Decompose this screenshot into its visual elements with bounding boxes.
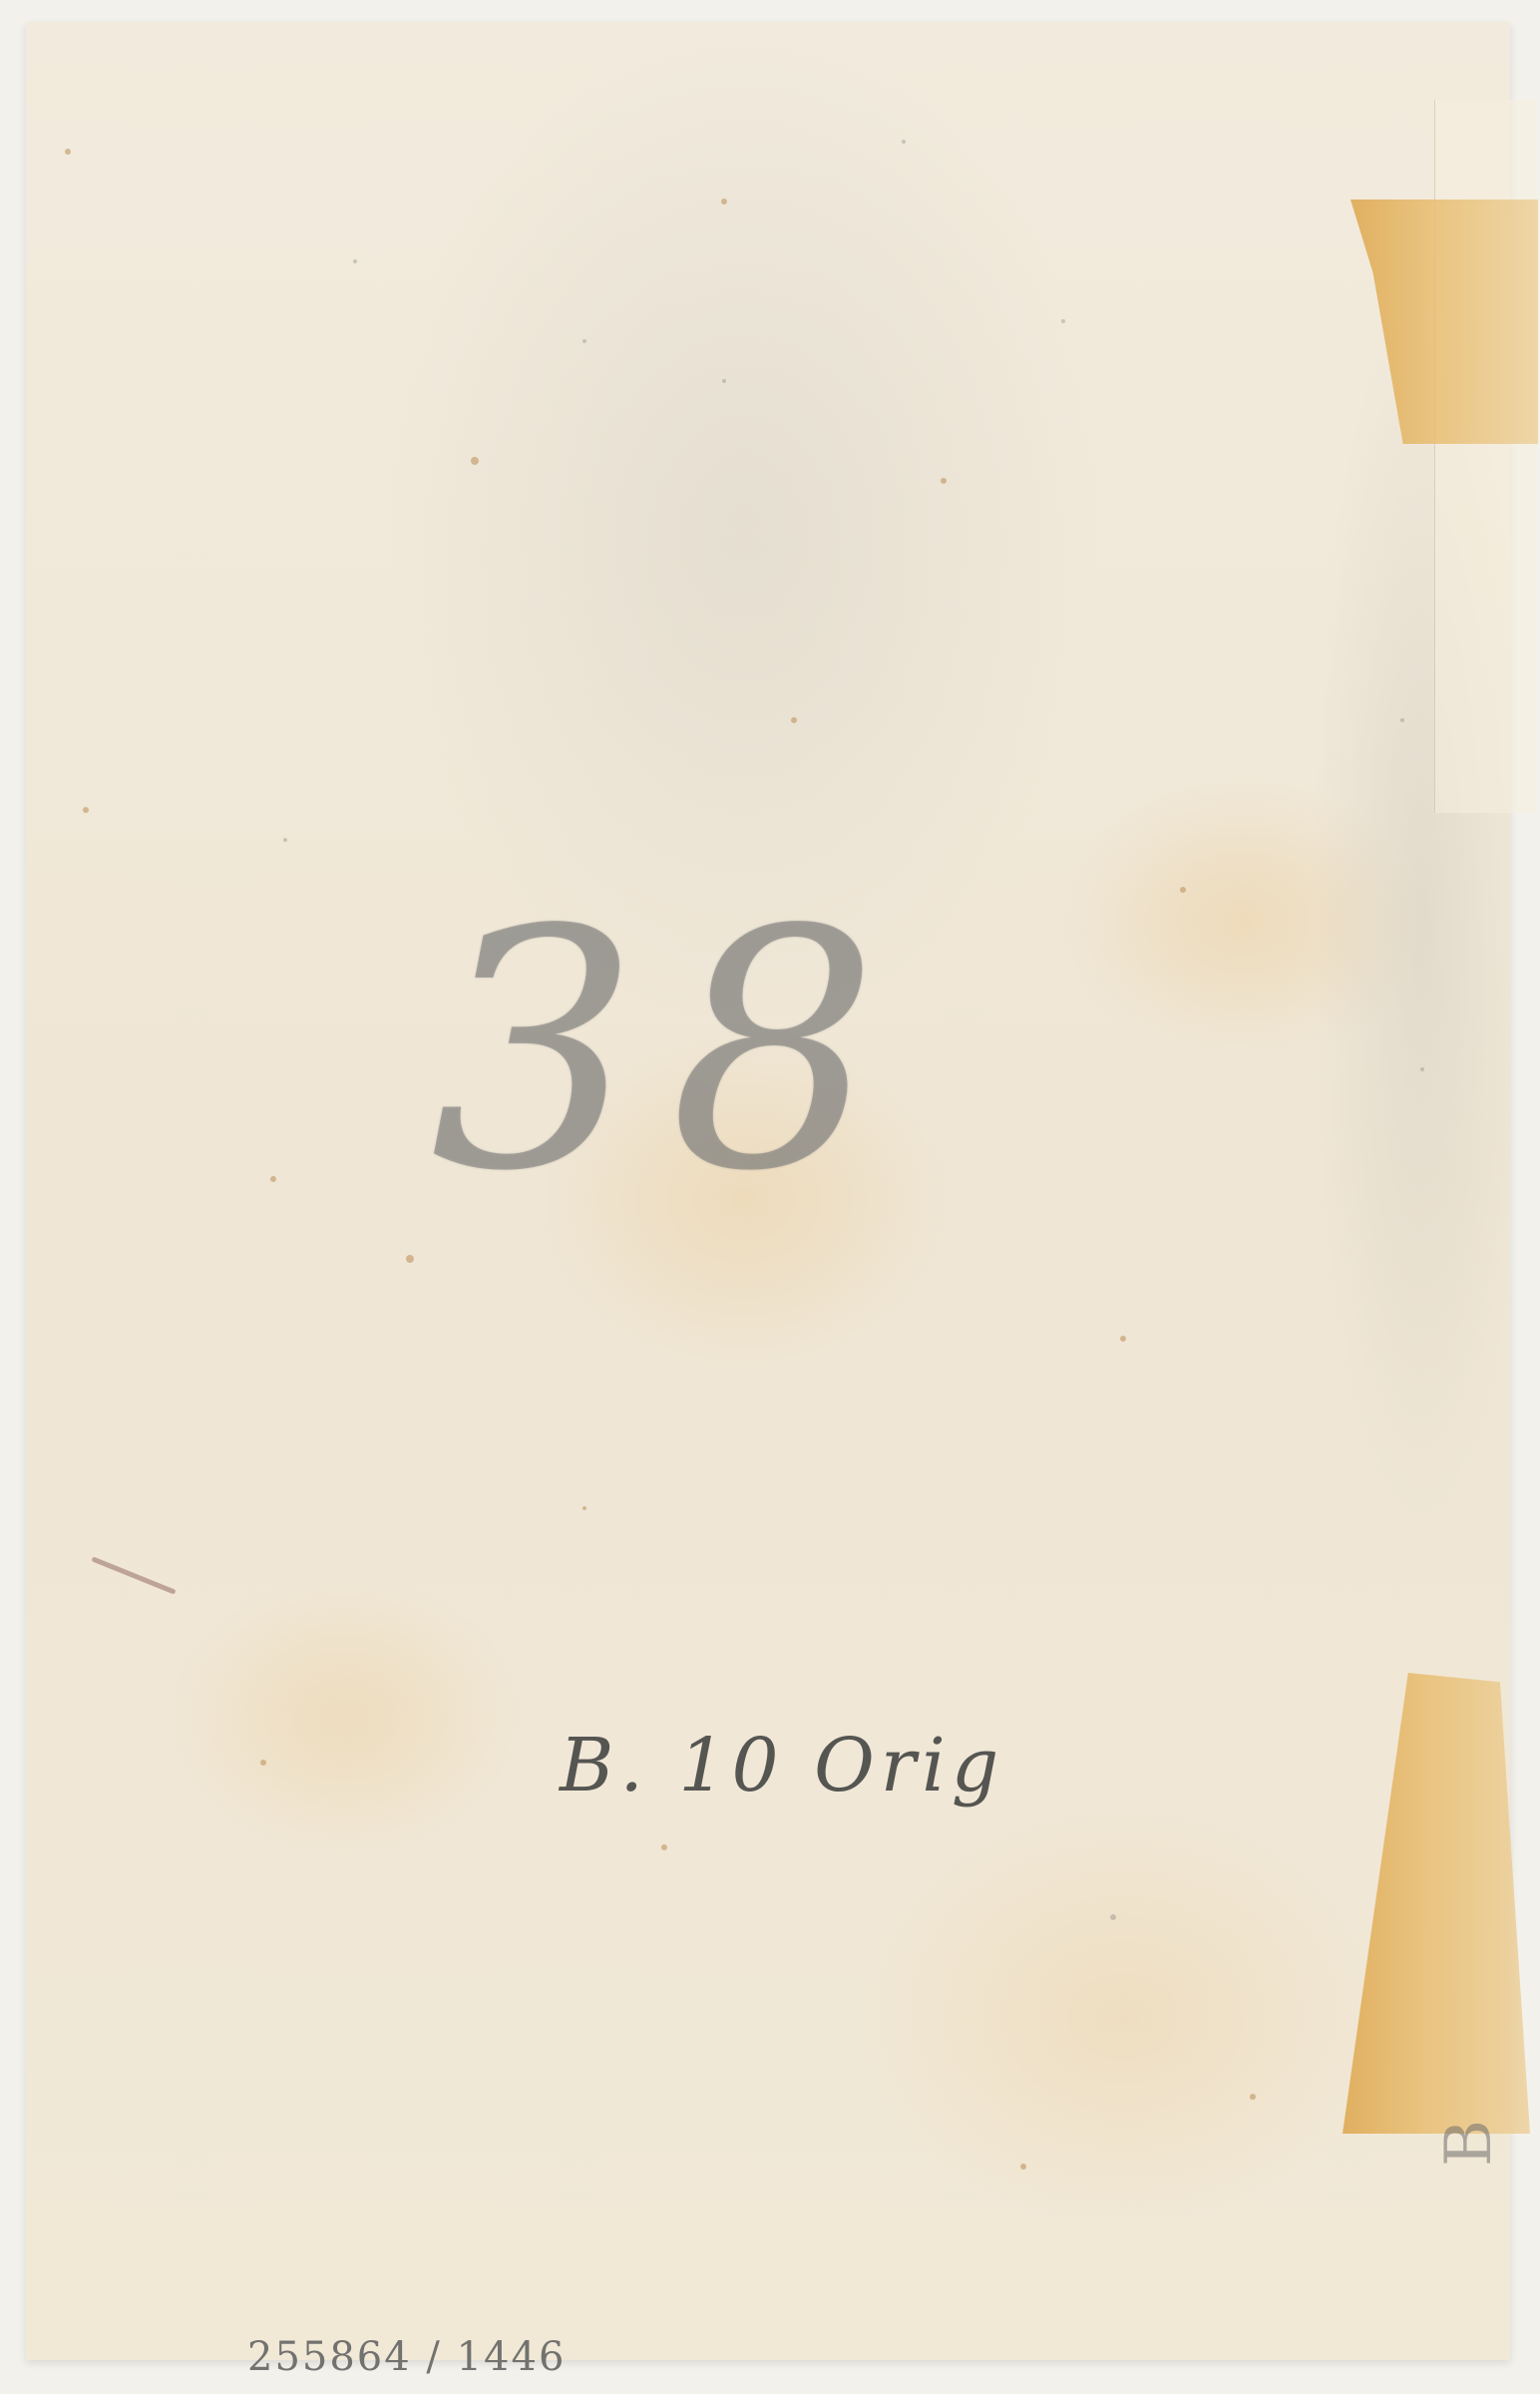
inventory-number: 255864 / 1446 xyxy=(247,2334,566,2380)
edge-mark: B xyxy=(1432,2120,1506,2167)
paper-sheet: 38 B. 10 Orig 255864 / 1446 B xyxy=(26,22,1510,2360)
catalog-reference-inscription: B. 10 Orig xyxy=(560,1723,1004,1808)
large-pencil-number: 38 xyxy=(430,860,909,1243)
